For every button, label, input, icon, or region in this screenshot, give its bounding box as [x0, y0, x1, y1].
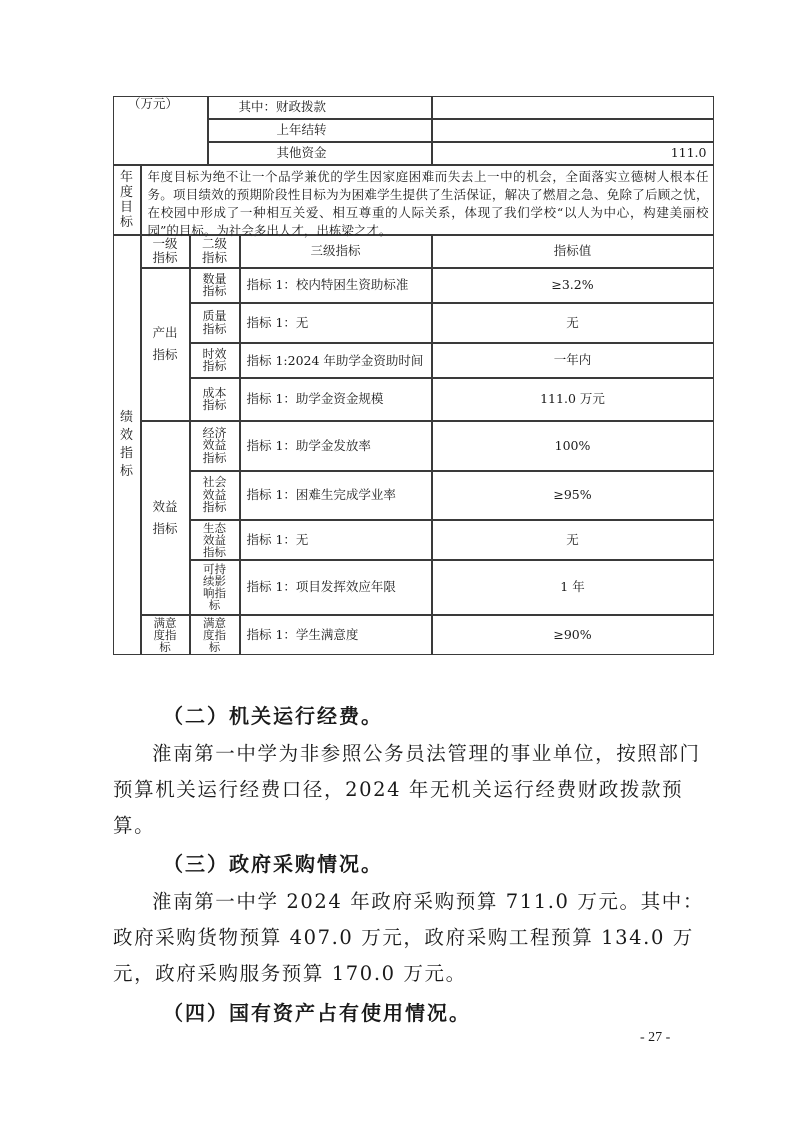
level2-text: 生态效益指标 [202, 522, 228, 558]
table-row-value: 1 年 [432, 560, 714, 615]
table-row-value: 111.0 万元 [432, 378, 714, 421]
table-row-value: 无 [432, 520, 714, 560]
unit-label-cell: （万元） [113, 96, 208, 165]
level2-text: 质量指标 [202, 310, 228, 335]
other-funds-label: 其他资金 [277, 146, 327, 160]
value-text: ≥3.2% [551, 278, 593, 292]
carryover-label-cell: 上年结转 [208, 119, 432, 142]
performance-goal-table: （万元） 其中：财政拨款 上年结转 其他资金 111.0 年度目标 年度目标为绝… [113, 96, 714, 655]
value-text: 100% [555, 439, 591, 453]
table-row-l3: 指标 1：学生满意度 [240, 615, 432, 655]
level1-output-text: 产出指标 [152, 322, 178, 366]
level3-text: 指标 1:2024 年助学金资助时间 [247, 353, 427, 368]
level3-text: 指标 1：助学金资金规模 [247, 392, 384, 406]
header-value: 指标值 [432, 235, 714, 268]
value-text: 一年内 [554, 353, 592, 367]
table-row-l2: 社会效益指标 [190, 471, 240, 520]
other-funds-value: 111.0 [671, 146, 707, 160]
section-heading-procurement: （三）政府采购情况。 [163, 848, 383, 877]
table-row-l2: 经济效益指标 [190, 421, 240, 471]
table-row-l3: 指标 1：助学金资金规模 [240, 378, 432, 421]
value-text: 无 [566, 316, 579, 330]
section-body-admin-expenses: 淮南第一中学为非参照公务员法管理的事业单位，按照部门预算机关运行经费口径，202… [113, 736, 713, 844]
value-text: 1 年 [560, 580, 584, 594]
header-level2-text: 二级指标 [202, 237, 228, 265]
annual-goal-text-cell: 年度目标为绝不让一个品学兼优的学生因家庭困难而失去上一中的机会，全面落实立德树人… [141, 165, 714, 235]
header-level3-text: 三级指标 [310, 244, 360, 258]
table-row-l3: 指标 1：无 [240, 520, 432, 560]
table-row-value: 100% [432, 421, 714, 471]
table-row-value: ≥3.2% [432, 268, 714, 303]
level3-text: 指标 1：无 [247, 316, 309, 330]
level2-text: 数量指标 [202, 273, 228, 298]
level1-output: 产出指标 [141, 268, 190, 421]
level2-text: 经济效益指标 [202, 427, 228, 465]
value-text: ≥95% [553, 488, 591, 502]
value-text: 111.0 万元 [540, 392, 605, 406]
unit-label: （万元） [128, 97, 178, 111]
annual-goal-label: 年度目标 [120, 170, 134, 230]
level3-text: 指标 1：助学金发放率 [247, 439, 371, 453]
table-row-value: 无 [432, 303, 714, 343]
level1-satisfaction: 满意度指标 [141, 615, 190, 655]
carryover-value-cell [432, 119, 714, 142]
annual-goal-label-cell: 年度目标 [113, 165, 141, 235]
header-value-text: 指标值 [554, 244, 592, 258]
table-row-l2: 时效指标 [190, 343, 240, 378]
other-funds-label-cell: 其他资金 [208, 142, 432, 165]
fiscal-label: 其中：财政拨款 [239, 100, 327, 114]
table-row-l3: 指标 1：校内特困生资助标准 [240, 268, 432, 303]
level3-text: 指标 1：困难生完成学业率 [247, 488, 396, 502]
table-row-l2: 满意度指标 [190, 615, 240, 655]
level3-text: 指标 1：校内特困生资助标准 [247, 278, 409, 292]
table-row-value: ≥95% [432, 471, 714, 520]
table-row-l3: 指标 1：助学金发放率 [240, 421, 432, 471]
performance-label: 绩效指标 [120, 409, 134, 481]
table-row-l2: 数量指标 [190, 268, 240, 303]
level1-benefit-text: 效益指标 [152, 496, 178, 540]
header-level1-text: 一级指标 [152, 237, 178, 265]
level1-benefit: 效益指标 [141, 421, 190, 615]
table-row-l3: 指标 1：项目发挥效应年限 [240, 560, 432, 615]
performance-label-cell: 绩效指标 [113, 235, 141, 655]
other-funds-value-cell: 111.0 [432, 142, 714, 165]
carryover-label: 上年结转 [277, 123, 327, 137]
header-level2: 二级指标 [190, 235, 240, 268]
level3-text: 指标 1：无 [247, 533, 309, 547]
page-number: - 27 - [640, 1030, 670, 1046]
fiscal-label-cell: 其中：财政拨款 [208, 96, 432, 119]
annual-goal-text: 年度目标为绝不让一个品学兼优的学生因家庭困难而失去上一中的机会，全面落实立德树人… [148, 168, 709, 240]
table-row-value: ≥90% [432, 615, 714, 655]
level2-text: 成本指标 [202, 387, 228, 412]
level2-text: 时效指标 [202, 348, 228, 373]
level2-text: 满意度指标 [202, 617, 228, 653]
table-row-l2: 可持续影响指标 [190, 560, 240, 615]
table-row-l3: 指标 1:2024 年助学金资助时间 [240, 343, 432, 378]
table-row-l3: 指标 1：困难生完成学业率 [240, 471, 432, 520]
section-body-procurement: 淮南第一中学 2024 年政府采购预算 711.0 万元。其中：政府采购货物预算… [113, 884, 713, 992]
level3-text: 指标 1：学生满意度 [247, 628, 359, 642]
table-row-l2: 成本指标 [190, 378, 240, 421]
level2-text: 可持续影响指标 [202, 563, 228, 611]
level3-text: 指标 1：项目发挥效应年限 [247, 580, 396, 594]
header-level3: 三级指标 [240, 235, 432, 268]
value-text: 无 [566, 533, 579, 547]
level1-satisfaction-text: 满意度指标 [152, 617, 178, 653]
table-row-l2: 生态效益指标 [190, 520, 240, 560]
section-heading-admin-expenses: （二）机关运行经费。 [163, 700, 383, 729]
header-level1: 一级指标 [141, 235, 190, 268]
table-row-l2: 质量指标 [190, 303, 240, 343]
section-heading-state-assets: （四）国有资产占有使用情况。 [163, 997, 471, 1026]
value-text: ≥90% [553, 628, 591, 642]
table-row-l3: 指标 1：无 [240, 303, 432, 343]
level2-text: 社会效益指标 [202, 476, 228, 514]
fiscal-value-cell [432, 96, 714, 119]
table-row-value: 一年内 [432, 343, 714, 378]
